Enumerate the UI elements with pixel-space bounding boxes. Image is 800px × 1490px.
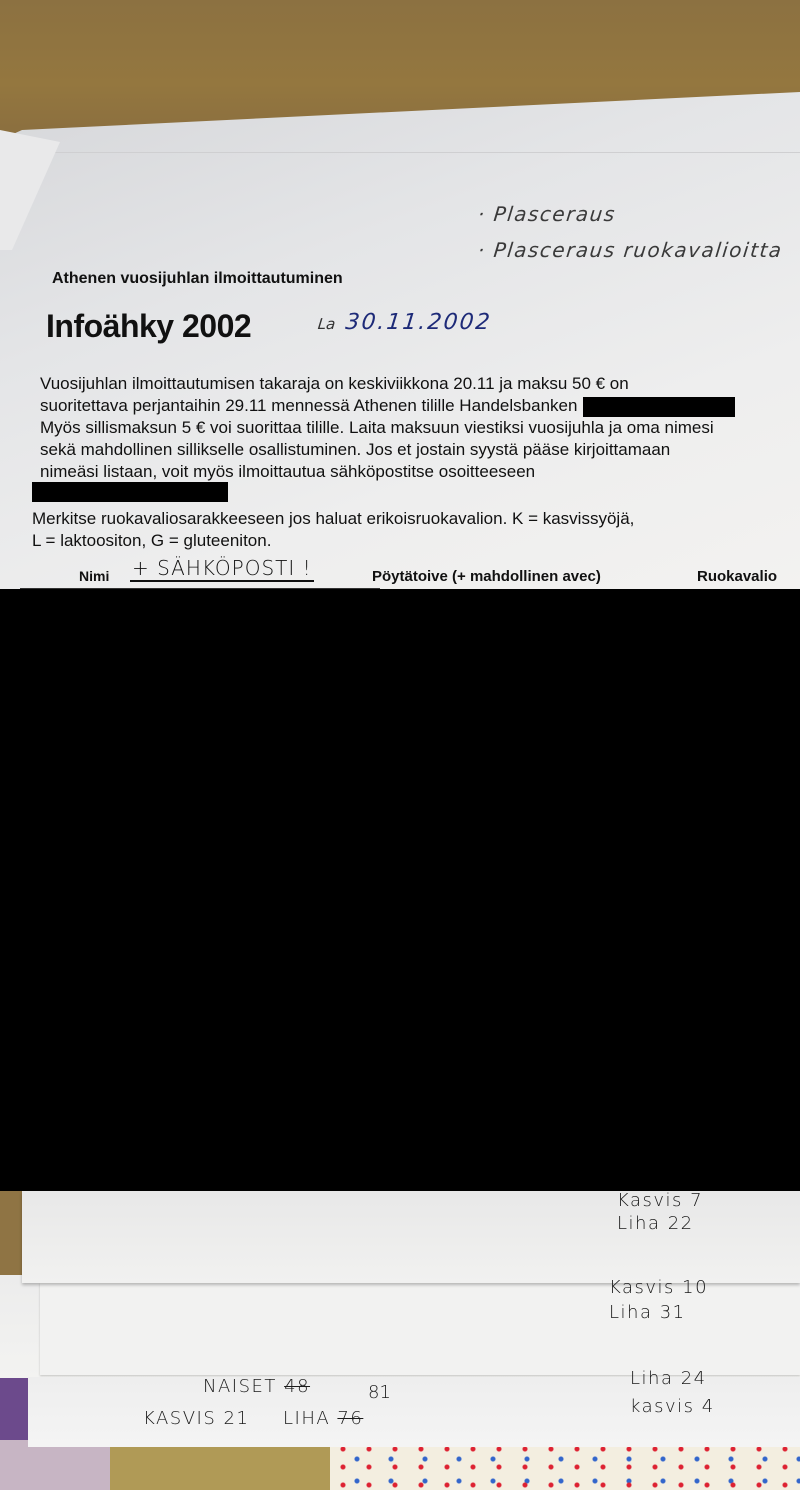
redacted-account-number — [583, 397, 735, 417]
column-header-table-wish: Pöytätoive (+ mahdollinen avec) — [372, 568, 601, 585]
paragraph-line: Merkitse ruokavaliosarakkeeseen jos halu… — [32, 508, 772, 530]
liha-label: LIHA — [283, 1408, 330, 1429]
tally-sheet2-liha: Liha 22 — [617, 1213, 694, 1234]
date-prefix: La — [317, 315, 336, 333]
tally-sheet3-liha: Liha 31 — [609, 1302, 686, 1323]
liha-value-crossed: 76 — [337, 1408, 363, 1429]
paper-fold — [40, 152, 800, 153]
tally-sheet3-kasvis: Kasvis 10 — [609, 1277, 708, 1298]
paragraph-line: Myös sillismaksun 5 € voi suorittaa tili… — [40, 417, 780, 439]
handwritten-note-2: · Plasceraus ruokavalioitta — [477, 238, 784, 262]
date-value: 30.11.2002 — [344, 310, 493, 335]
paragraph-line: Vuosijuhlan ilmoittautumisen takaraja on… — [40, 373, 780, 395]
liha-value-corrected: 81 — [368, 1382, 391, 1403]
handwritten-date: La30.11.2002 — [317, 310, 493, 335]
document-subtitle: Athenen vuosijuhlan ilmoittautuminen — [52, 270, 343, 288]
paragraph-line: L = laktoositon, G = gluteeniton. — [32, 530, 772, 552]
fabric-background — [0, 1440, 110, 1490]
paragraph-line-with-account: suoritettava perjantaihin 29.11 mennessä… — [40, 395, 780, 417]
tally-sheet2-kasvis: Kasvis 7 — [617, 1190, 703, 1211]
handwritten-email-header: + SÄHKÖPOSTI ! — [130, 556, 314, 580]
document-title: Infoähky 2002 — [46, 308, 251, 345]
info-paragraph: Vuosijuhlan ilmoittautumisen takaraja on… — [40, 373, 780, 483]
tally-sheet4-kasvis: kasvis 4 — [630, 1396, 715, 1417]
total-kasvis: KASVIS 21 — [143, 1408, 249, 1429]
paragraph-line: nimeäsi listaan, voit myös ilmoittautua … — [40, 461, 780, 483]
total-liha: LIHA 76 — [283, 1408, 363, 1429]
paragraph-line-text: suoritettava perjantaihin 29.11 mennessä… — [40, 396, 577, 415]
kasvis-value: 21 — [224, 1408, 250, 1429]
handwritten-note-1: · Plasceraus — [477, 202, 617, 226]
column-header-name: Nimi — [79, 568, 109, 584]
patterned-paper — [330, 1440, 800, 1490]
email-header-text: + SÄHKÖPOSTI ! — [130, 556, 314, 582]
desk-background — [0, 1440, 800, 1490]
tally-sheet4-liha: Liha 24 — [630, 1368, 707, 1389]
redacted-signup-table — [0, 589, 800, 1191]
redacted-email-address — [32, 482, 228, 502]
column-header-diet: Ruokavalio — [697, 568, 777, 585]
kasvis-label: KASVIS — [143, 1408, 216, 1429]
total-naiset: NAISET 48 — [203, 1376, 310, 1397]
naiset-value: 48 — [284, 1376, 310, 1397]
naiset-label: NAISET — [203, 1376, 277, 1397]
diet-paragraph: Merkitse ruokavaliosarakkeeseen jos halu… — [32, 508, 772, 552]
paragraph-line: sekä mahdollinen sillikselle osallistumi… — [40, 439, 780, 461]
